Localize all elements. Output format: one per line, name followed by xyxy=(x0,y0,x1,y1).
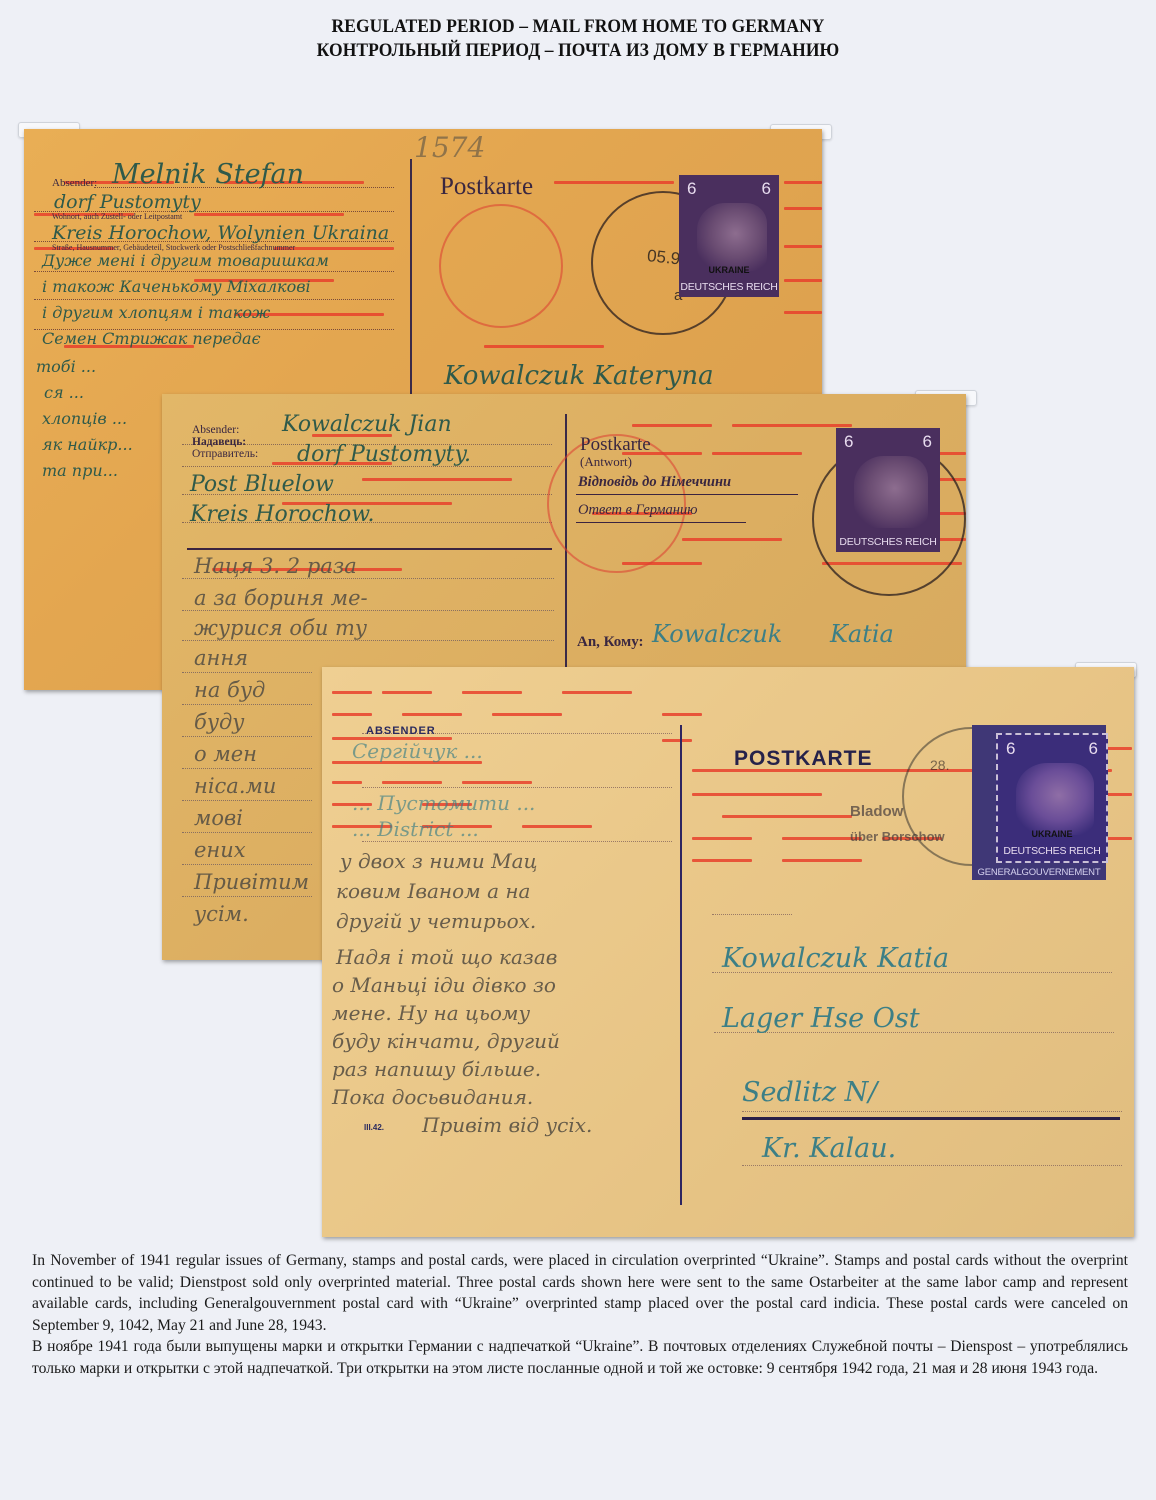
message-line: ання xyxy=(194,646,248,670)
stamp-overprint: UKRAINE xyxy=(998,829,1106,839)
message-line: буду xyxy=(194,710,245,734)
addressee-name: Kowalczuk Katia xyxy=(652,620,894,648)
stamp-overprint: UKRAINE xyxy=(679,265,779,275)
portrait-icon xyxy=(1016,763,1094,835)
sender-label-ru: Отправитель: xyxy=(192,448,258,460)
addressee-line: Kowalczuk Katia xyxy=(722,943,949,974)
message-line: а за бориня ме- xyxy=(194,586,368,610)
message-line: ніса.ми xyxy=(194,774,276,798)
sender-line: Сергійчук ... xyxy=(352,739,483,763)
caption-ru: В ноябре 1941 года были выпущены марки и… xyxy=(32,1336,1128,1379)
sender-name: Melnik Stefan xyxy=(112,159,304,190)
origin-postmark: Bladow xyxy=(850,803,903,820)
message-line: на буд xyxy=(194,678,265,702)
stamp-country: DEUTSCHES REICH xyxy=(998,845,1106,857)
sender-line: Kreis Horochow, Wolynien Ukraina xyxy=(52,222,389,244)
message-line: усім. xyxy=(194,902,249,926)
postcard-3: ABSENDER Сергійчук ... ... Пустомити ...… xyxy=(322,667,1134,1237)
sender-line: dorf Pustomyty. xyxy=(297,442,471,467)
printer-mark: III.42. xyxy=(364,1123,384,1132)
postage-stamp: 6 6 UKRAINE DEUTSCHES REICH xyxy=(679,175,779,297)
caption: In November of 1941 regular issues of Ge… xyxy=(32,1250,1128,1379)
indicia-text: GENERALGOUVERNEMENT xyxy=(972,867,1106,878)
reply-ru: Ответ в Германию xyxy=(578,502,697,519)
sender-line: ... Пустомити ... xyxy=(352,791,535,815)
message-line: ся ... xyxy=(44,383,84,402)
portrait-icon xyxy=(854,456,928,528)
addressee-line: Kr. Kalau. xyxy=(762,1133,896,1164)
message-line: буду кінчати, другий xyxy=(332,1029,560,1053)
pencil-mark: 1574 xyxy=(414,131,485,164)
sender-line: Kreis Horochow. xyxy=(190,502,374,527)
message-line: і також Каченькому Міхалкові xyxy=(42,277,311,296)
sender-line: dorf Pustomyty xyxy=(54,191,201,213)
field-label-residence: Wohnort, auch Zustell- oder Leitpostamt xyxy=(52,212,182,221)
sender-label-de: Absender: xyxy=(192,424,239,436)
card-type: Postkarte xyxy=(440,173,533,201)
message-line: як найкр... xyxy=(42,435,133,454)
message-line: Привітим xyxy=(194,870,309,894)
addressee-line: Lager Hse Ost xyxy=(722,1003,920,1034)
message-line: мене. Ну на цьому xyxy=(332,1001,530,1025)
addressee-label: An, Кому: xyxy=(577,634,644,651)
message-line: Семен Стрижак передає xyxy=(42,329,261,348)
message-line: другій у четирьох. xyxy=(336,909,536,933)
sender-line: Kowalczuk Jian xyxy=(282,412,452,437)
message-line: у двох з ними Мац xyxy=(340,849,537,873)
postage-stamp: 6 6 UKRAINE DEUTSCHES REICH xyxy=(996,733,1108,863)
card-subtype: (Antwort) xyxy=(580,454,632,470)
postage-stamp: 6 6 DEUTSCHES REICH xyxy=(836,428,940,552)
portrait-icon xyxy=(697,203,767,271)
page-title-ru: КОНТРОЛЬНЫЙ ПЕРИОД – ПОЧТА ИЗ ДОМУ В ГЕР… xyxy=(46,40,1110,62)
message-line: Пока досьвидания. xyxy=(332,1085,533,1109)
message-line: Привіт від усіх. xyxy=(422,1113,592,1137)
sender-label-uk: Надавець: xyxy=(192,436,246,448)
message-line: та при... xyxy=(42,461,118,480)
message-line: о Маньці іди дівко зо xyxy=(332,973,556,997)
addressee-name: Kowalczuk Kateryna xyxy=(444,361,714,391)
stamp-country: DEUTSCHES REICH xyxy=(836,536,940,548)
stamp-country: DEUTSCHES REICH xyxy=(679,281,779,293)
sender-label: ABSENDER xyxy=(366,725,436,737)
message-line: і другим хлопцям і також xyxy=(42,303,270,322)
card-type: Postkarte xyxy=(580,434,651,456)
caption-en: In November of 1941 regular issues of Ge… xyxy=(32,1250,1128,1336)
message-line: раз напишу більше. xyxy=(332,1057,541,1081)
page-title-en: REGULATED PERIOD – MAIL FROM HOME TO GER… xyxy=(46,16,1110,38)
sender-line: Post Bluelow xyxy=(190,472,334,497)
message-line: Наця 3. 2 раза xyxy=(194,554,357,578)
message-line: тобі ... xyxy=(36,357,96,376)
message-line: Дуже мені і другим товаришкам xyxy=(42,251,329,270)
message-line: о мен xyxy=(194,742,257,766)
message-line: Надя і той що казав xyxy=(336,945,557,969)
postmark-date: 28. xyxy=(930,757,949,773)
sender-label: Absender: xyxy=(52,177,97,189)
message-line: ених xyxy=(194,838,246,862)
message-line: журися оби ту xyxy=(194,616,367,640)
sender-line: ... District ... xyxy=(352,817,479,841)
card-type: POSTKARTE xyxy=(734,747,873,771)
message-line: мові xyxy=(194,806,243,830)
message-line: ковим Іваном а на xyxy=(336,879,530,903)
message-line: хлопців ... xyxy=(42,409,127,428)
reply-uk: Відповідь до Німеччини xyxy=(578,474,731,491)
censor-mark xyxy=(439,204,563,328)
addressee-line: Sedlitz N/ xyxy=(742,1077,877,1108)
